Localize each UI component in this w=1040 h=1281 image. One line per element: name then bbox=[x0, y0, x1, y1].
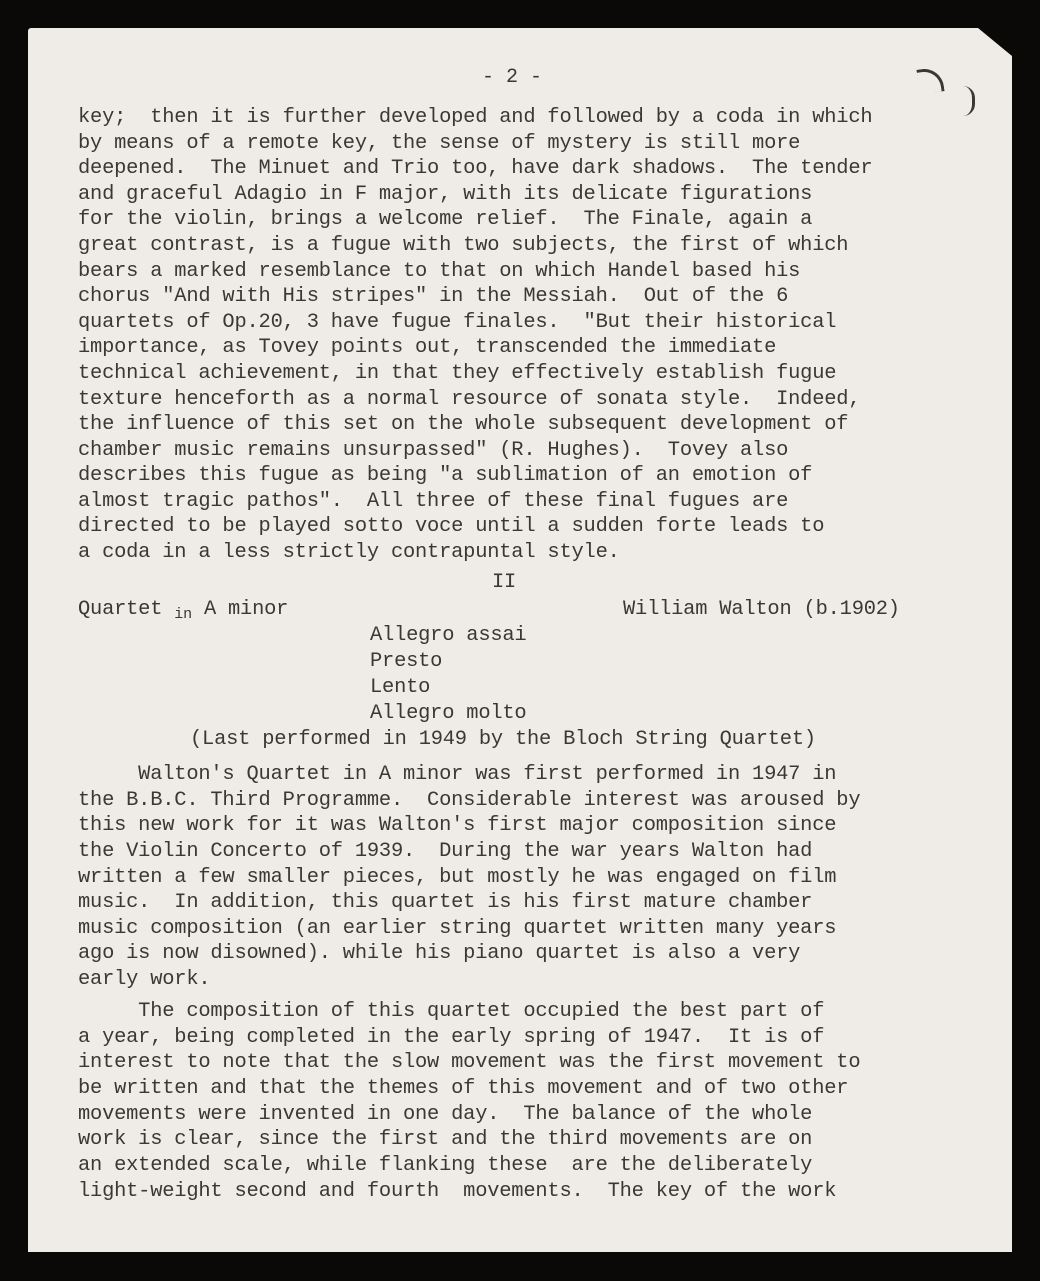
text-line: ago is now disowned). while his piano qu… bbox=[78, 942, 800, 966]
text-line: the B.B.C. Third Programme. Considerable… bbox=[78, 789, 860, 813]
text-line: for the violin, brings a welcome relief.… bbox=[78, 208, 812, 232]
text-line: work is clear, since the first and the t… bbox=[78, 1128, 812, 1152]
text-line: written a few smaller pieces, but mostly… bbox=[78, 866, 836, 890]
text-line: be written and that the themes of this m… bbox=[78, 1077, 848, 1101]
text-line: The composition of this quartet occupied… bbox=[78, 1000, 824, 1024]
text-line: chamber music remains unsurpassed" (R. H… bbox=[78, 439, 788, 463]
work-title-part: A minor bbox=[192, 598, 288, 621]
text-line: an extended scale, while flanking these … bbox=[78, 1154, 812, 1178]
text-line: texture henceforth as a normal resource … bbox=[78, 388, 860, 412]
text-line: describes this fugue as being "a sublima… bbox=[78, 464, 812, 488]
text-line: movements were invented in one day. The … bbox=[78, 1103, 812, 1127]
text-line: and graceful Adagio in F major, with its… bbox=[78, 183, 812, 207]
text-line: quartets of Op.20, 3 have fugue finales.… bbox=[78, 311, 836, 335]
work-title: Quartet in A minor bbox=[78, 598, 288, 623]
text-line: the influence of this set on the whole s… bbox=[78, 413, 848, 437]
text-line: importance, as Tovey points out, transce… bbox=[78, 336, 776, 360]
text-line: Walton's Quartet in A minor was first pe… bbox=[78, 763, 836, 787]
text-line: technical achievement, in that they effe… bbox=[78, 362, 836, 386]
text-line: interest to note that the slow movement … bbox=[78, 1051, 860, 1075]
text-line: directed to be played sotto voce until a… bbox=[78, 515, 824, 539]
text-line: music. In addition, this quartet is his … bbox=[78, 891, 812, 915]
text-line: this new work for it was Walton's first … bbox=[78, 814, 836, 838]
text-line: the Violin Concerto of 1939. During the … bbox=[78, 840, 812, 864]
work-title-part: Quartet bbox=[78, 598, 174, 621]
text-line: by means of a remote key, the sense of m… bbox=[78, 132, 800, 156]
performance-note: (Last performed in 1949 by the Bloch Str… bbox=[190, 728, 816, 752]
section-number: II bbox=[492, 571, 516, 595]
work-title-part: in bbox=[174, 606, 192, 623]
movement-1: Allegro assai bbox=[370, 624, 526, 648]
text-line: great contrast, is a fugue with two subj… bbox=[78, 234, 848, 258]
text-line: bears a marked resemblance to that on wh… bbox=[78, 260, 800, 284]
text-line: deepened. The Minuet and Trio too, have … bbox=[78, 157, 872, 181]
page-number: - 2 - bbox=[482, 66, 542, 89]
text-line: a year, being completed in the early spr… bbox=[78, 1026, 824, 1050]
text-line: almost tragic pathos". All three of thes… bbox=[78, 490, 788, 514]
text-line: light-weight second and fourth movements… bbox=[78, 1180, 836, 1204]
movement-2: Presto bbox=[370, 650, 442, 674]
movement-4: Allegro molto bbox=[370, 702, 526, 726]
movement-3: Lento bbox=[370, 676, 430, 700]
text-line: early work. bbox=[78, 968, 210, 992]
composer-name: William Walton (b.1902) bbox=[623, 598, 900, 622]
text-line: chorus "And with His stripes" in the Mes… bbox=[78, 285, 788, 309]
text-line: music composition (an earlier string qua… bbox=[78, 917, 836, 941]
text-line: a coda in a less strictly contrapuntal s… bbox=[78, 541, 620, 565]
text-line: key; then it is further developed and fo… bbox=[78, 106, 872, 130]
